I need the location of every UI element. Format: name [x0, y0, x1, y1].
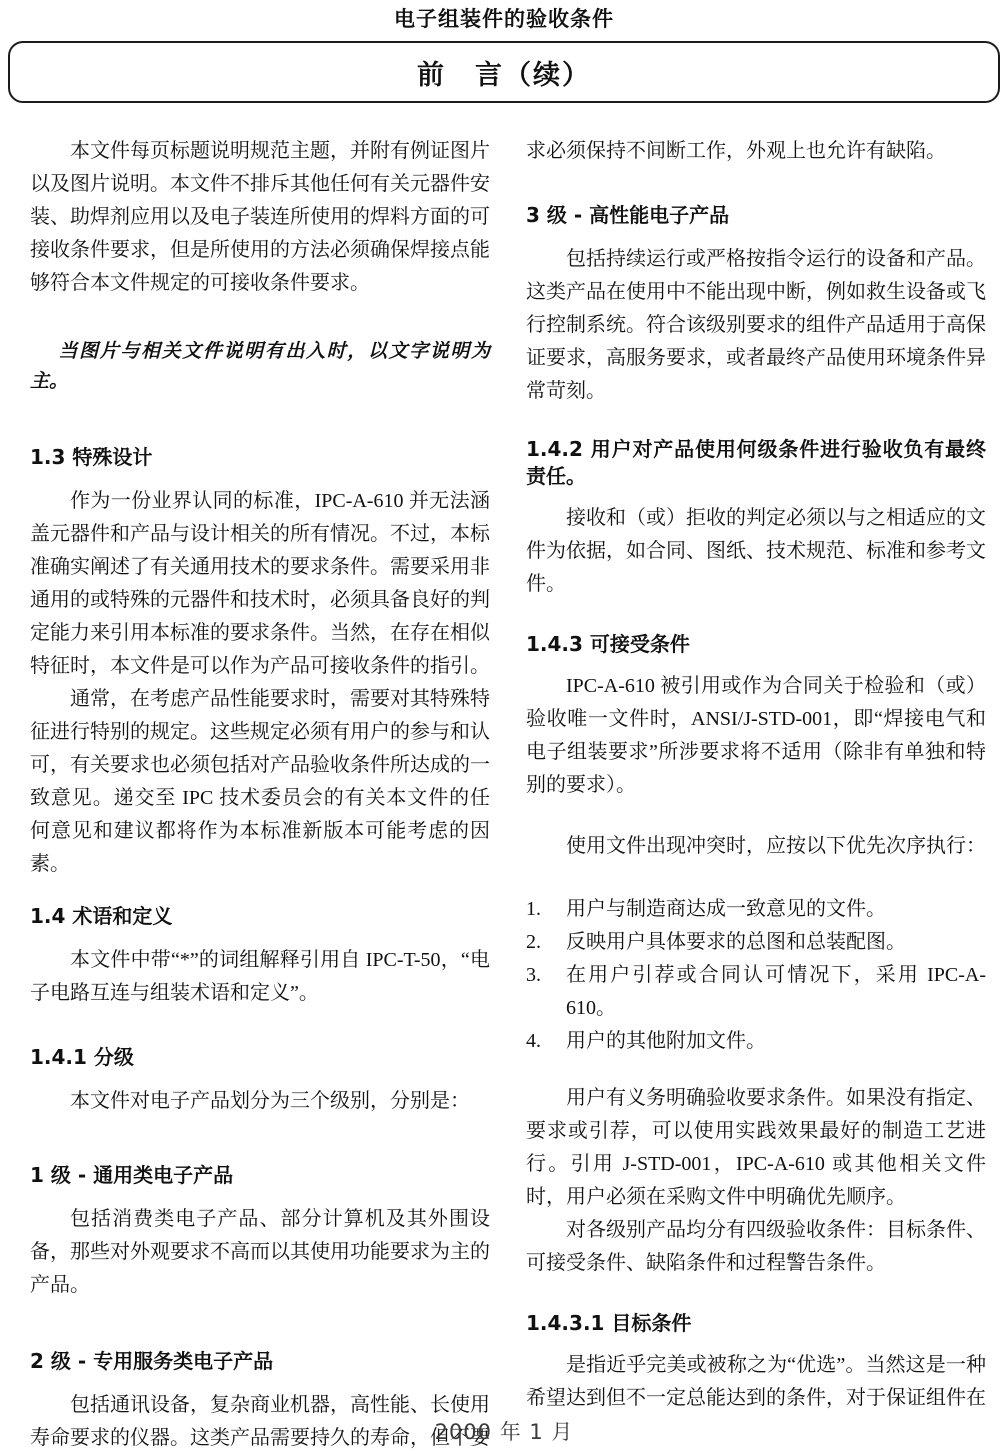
list-item: 2. 反映用户具体要求的总图和总装配图。	[526, 926, 986, 959]
paragraph: 用户有义务明确验收要求条件。如果没有指定、要求或引荐，可以使用实践效果最好的制造…	[526, 1082, 986, 1214]
list-item-text: 在用户引荐或合同认可情况下，采用 IPC-A-610。	[566, 959, 986, 1025]
paragraph-intro: 本文件每页标题说明规范主题，并附有例证图片以及图片说明。本文件不排斥其他任何有关…	[30, 135, 490, 300]
heading-1-4-3-1-target: 1.4.3.1 目标条件	[526, 1310, 986, 1337]
list-item-number: 2.	[526, 926, 566, 959]
list-item-text: 用户的其他附加文件。	[566, 1025, 986, 1058]
list-item-number: 4.	[526, 1025, 566, 1058]
paragraph-priority-intro: 使用文件出现冲突时，应按以下优先次序执行：	[526, 830, 986, 863]
heading-1-4-3-acceptance: 1.4.3 可接受条件	[526, 631, 986, 658]
list-item-text: 用户与制造商达成一致意见的文件。	[566, 893, 986, 926]
list-item: 3. 在用户引荐或合同认可情况下，采用 IPC-A-610。	[526, 959, 986, 1025]
page-footer-date: 2000 年 1 月	[0, 1416, 1008, 1446]
heading-1-3-special-design: 1.3 特殊设计	[30, 444, 490, 471]
priority-list: 1. 用户与制造商达成一致意见的文件。 2. 反映用户具体要求的总图和总装配图。…	[526, 893, 986, 1058]
foreword-banner: 前 言（续）	[8, 41, 1000, 103]
list-item: 1. 用户与制造商达成一致意见的文件。	[526, 893, 986, 926]
doc-title: 电子组装件的验收条件	[0, 0, 1008, 32]
heading-class-1: 1 级 - 通用类电子产品	[30, 1162, 490, 1189]
paragraph: IPC-A-610 被引用或作为合同关于检验和（或）验收唯一文件时，ANSI/J…	[526, 670, 986, 802]
paragraph: 包括消费类电子产品、部分计算机及其外围设备，那些对外观要求不高而以其使用功能要求…	[30, 1203, 490, 1302]
heading-class-3: 3 级 - 高性能电子产品	[526, 202, 986, 229]
two-column-body: 本文件每页标题说明规范主题，并附有例证图片以及图片说明。本文件不排斥其他任何有关…	[0, 103, 1008, 1454]
paragraph: 是指近乎完美或被称之为“优选”。当然这是一种希望达到但不一定总能达到的条件，对于…	[526, 1349, 986, 1415]
document-page: 电子组装件的验收条件 前 言（续） 本文件每页标题说明规范主题，并附有例证图片以…	[0, 0, 1008, 1454]
paragraph: 本文件对电子产品划分为三个级别，分别是：	[30, 1085, 490, 1118]
paragraph: 对各级别产品均分有四级验收条件：目标条件、可接受条件、缺陷条件和过程警告条件。	[526, 1214, 986, 1280]
list-item-number: 3.	[526, 959, 566, 1025]
list-item-number: 1.	[526, 893, 566, 926]
heading-1-4-2-responsibility: 1.4.2 用户对产品使用何级条件进行验收负有最终责任。	[526, 436, 986, 490]
heading-1-4-1-classification: 1.4.1 分级	[30, 1044, 490, 1071]
foreword-banner-title: 前 言（续）	[417, 53, 591, 92]
column-left: 本文件每页标题说明规范主题，并附有例证图片以及图片说明。本文件不排斥其他任何有关…	[30, 135, 490, 1454]
note-emphasis: 当图片与相关文件说明有出入时，以文字说明为主。	[30, 336, 490, 396]
paragraph-continued: 求必须保持不间断工作，外观上也允许有缺陷。	[526, 135, 986, 168]
list-item-text: 反映用户具体要求的总图和总装配图。	[566, 926, 986, 959]
paragraph: 包括持续运行或严格按指令运行的设备和产品。这类产品在使用中不能出现中断，例如救生…	[526, 243, 986, 408]
heading-class-2: 2 级 - 专用服务类电子产品	[30, 1348, 490, 1375]
paragraph: 本文件中带“*”的词组解释引用自 IPC-T-50，“电子电路互连与组装术语和定…	[30, 944, 490, 1010]
list-item: 4. 用户的其他附加文件。	[526, 1025, 986, 1058]
paragraph: 作为一份业界认同的标准，IPC-A-610 并无法涵盖元器件和产品与设计相关的所…	[30, 485, 490, 683]
heading-1-4-terms: 1.4 术语和定义	[30, 903, 490, 930]
paragraph: 通常，在考虑产品性能要求时，需要对其特殊特征进行特别的规定。这些规定必须有用户的…	[30, 683, 490, 881]
column-right: 求必须保持不间断工作，外观上也允许有缺陷。 3 级 - 高性能电子产品 包括持续…	[526, 135, 986, 1454]
paragraph: 接收和（或）拒收的判定必须以与之相适应的文件为依据，如合同、图纸、技术规范、标准…	[526, 502, 986, 601]
